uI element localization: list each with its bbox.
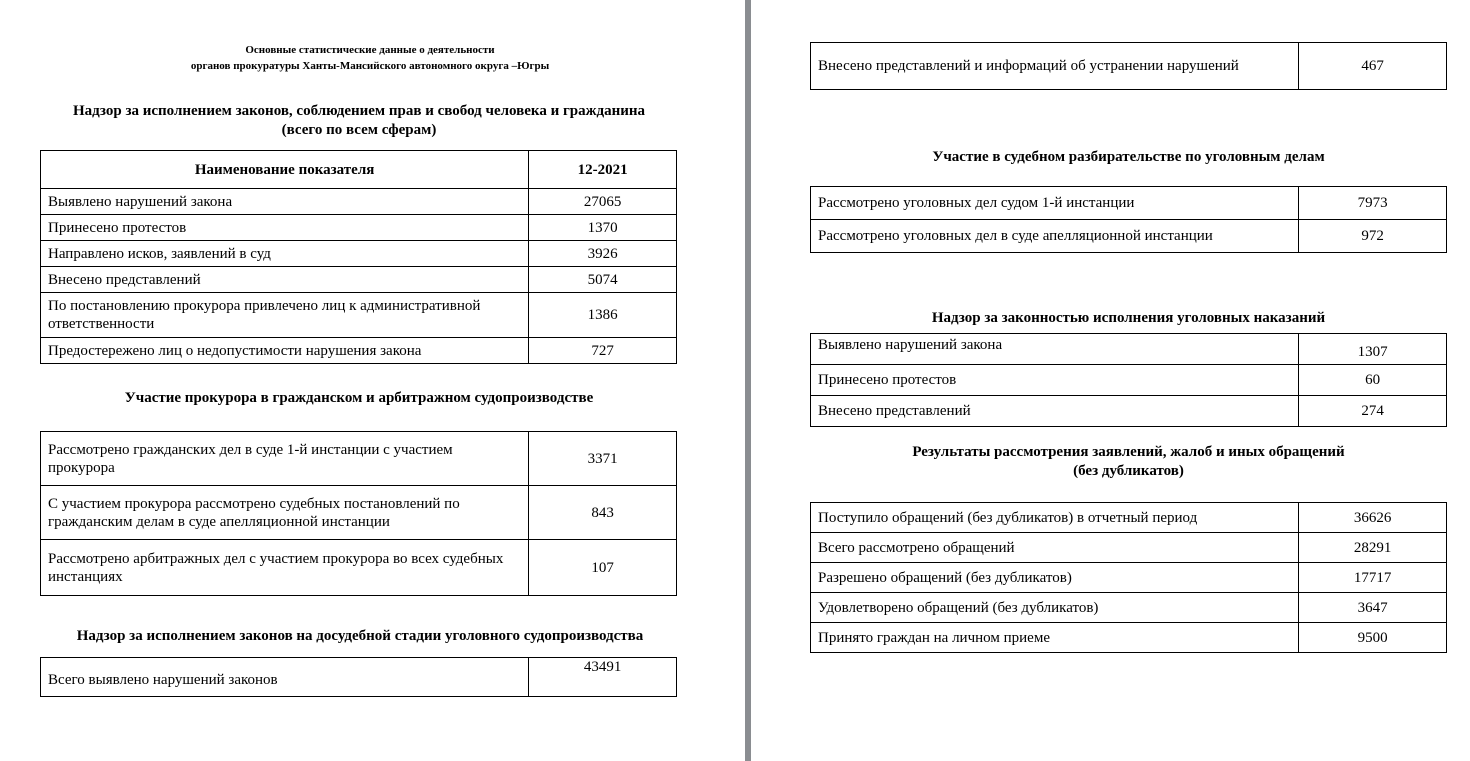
row-value: 843	[529, 486, 677, 540]
row-label: Внесено представлений	[41, 267, 529, 293]
table-row: С участием прокурора рассмотрено судебны…	[41, 486, 677, 540]
row-value: 1386	[529, 293, 677, 338]
table-row: Выявлено нарушений закона 27065	[41, 189, 677, 215]
column-header-indicator: Наименование показателя	[41, 151, 529, 189]
table-punishment: Выявлено нарушений закона 1307 Принесено…	[810, 333, 1447, 427]
row-label: Рассмотрено уголовных дел в суде апелляц…	[811, 220, 1299, 253]
section-heading-criminal-trial: Участие в судебном разбирательстве по уг…	[810, 148, 1447, 167]
row-value: 107	[529, 540, 677, 596]
heading-line: (без дубликатов)	[810, 462, 1447, 481]
table-row: Внесено представлений 5074	[41, 267, 677, 293]
row-value: 7973	[1299, 187, 1447, 220]
document-title: Основные статистические данные о деятель…	[0, 42, 740, 74]
table-row: Разрешено обращений (без дубликатов) 177…	[811, 563, 1447, 593]
row-label: Рассмотрено уголовных дел судом 1-й инст…	[811, 187, 1299, 220]
section-heading-civil: Участие прокурора в гражданском и арбитр…	[0, 389, 718, 408]
row-value: 3926	[529, 241, 677, 267]
row-value: 467	[1299, 43, 1447, 90]
table-row: Всего рассмотрено обращений 28291	[811, 533, 1447, 563]
row-value: 1370	[529, 215, 677, 241]
row-value: 9500	[1299, 623, 1447, 653]
table-row: Принесено протестов 1370	[41, 215, 677, 241]
row-label: Всего выявлено нарушений законов	[41, 658, 529, 697]
table-row: Выявлено нарушений закона 1307	[811, 334, 1447, 365]
table-rights: Наименование показателя 12-2021 Выявлено…	[40, 150, 677, 364]
section-heading-pretrial: Надзор за исполнением законов на досудеб…	[40, 627, 680, 646]
heading-line: (всего по всем сферам)	[0, 121, 718, 140]
row-label: Принесено протестов	[41, 215, 529, 241]
table-row: Всего выявлено нарушений законов 43491	[41, 658, 677, 697]
table-row: Принято граждан на личном приеме 9500	[811, 623, 1447, 653]
table-row: Принесено протестов 60	[811, 365, 1447, 396]
row-label: Поступило обращений (без дубликатов) в о…	[811, 503, 1299, 533]
section-heading-appeals: Результаты рассмотрения заявлений, жалоб…	[810, 443, 1447, 481]
row-value: 3371	[529, 432, 677, 486]
heading-line: Надзор за исполнением законов, соблюдени…	[0, 102, 718, 121]
row-label: Удовлетворено обращений (без дубликатов)	[811, 593, 1299, 623]
row-label: Выявлено нарушений закона	[811, 334, 1299, 365]
row-value: 3647	[1299, 593, 1447, 623]
section-heading-punishment: Надзор за законностью исполнения уголовн…	[810, 309, 1447, 328]
table-appeals: Поступило обращений (без дубликатов) в о…	[810, 502, 1447, 653]
row-label: По постановлению прокурора привлечено ли…	[41, 293, 529, 338]
row-label: Разрешено обращений (без дубликатов)	[811, 563, 1299, 593]
table-row: Рассмотрено уголовных дел в суде апелляц…	[811, 220, 1447, 253]
table-row: Рассмотрено уголовных дел судом 1-й инст…	[811, 187, 1447, 220]
table-row: Внесено представлений 274	[811, 396, 1447, 427]
table-row: Направлено исков, заявлений в суд 3926	[41, 241, 677, 267]
row-label: Рассмотрено гражданских дел в суде 1-й и…	[41, 432, 529, 486]
row-value: 17717	[1299, 563, 1447, 593]
table-row: Предостережено лиц о недопустимости нару…	[41, 338, 677, 364]
row-value: 727	[529, 338, 677, 364]
row-value: 28291	[1299, 533, 1447, 563]
row-label: Предостережено лиц о недопустимости нару…	[41, 338, 529, 364]
page-right: Внесено представлений и информаций об ус…	[751, 0, 1470, 761]
table-row: По постановлению прокурора привлечено ли…	[41, 293, 677, 338]
table-header-row: Наименование показателя 12-2021	[41, 151, 677, 189]
row-value: 972	[1299, 220, 1447, 253]
row-label: Принято граждан на личном приеме	[811, 623, 1299, 653]
section-heading-rights: Надзор за исполнением законов, соблюдени…	[0, 102, 718, 140]
row-value: 27065	[529, 189, 677, 215]
document-title-line2: органов прокуратуры Ханты-Мансийского ав…	[0, 58, 740, 74]
row-label: Принесено протестов	[811, 365, 1299, 396]
heading-line: Результаты рассмотрения заявлений, жалоб…	[810, 443, 1447, 462]
row-value: 43491	[529, 658, 677, 697]
table-row: Удовлетворено обращений (без дубликатов)…	[811, 593, 1447, 623]
table-civil: Рассмотрено гражданских дел в суде 1-й и…	[40, 431, 677, 596]
row-label: Внесено представлений и информаций об ус…	[811, 43, 1299, 90]
table-row: Рассмотрено арбитражных дел с участием п…	[41, 540, 677, 596]
row-value: 5074	[529, 267, 677, 293]
document-title-line1: Основные статистические данные о деятель…	[0, 42, 740, 58]
row-label: Внесено представлений	[811, 396, 1299, 427]
column-header-period: 12-2021	[529, 151, 677, 189]
table-row: Внесено представлений и информаций об ус…	[811, 43, 1447, 90]
row-label: Выявлено нарушений закона	[41, 189, 529, 215]
table-criminal-trial: Рассмотрено уголовных дел судом 1-й инст…	[810, 186, 1447, 253]
row-label: Всего рассмотрено обращений	[811, 533, 1299, 563]
row-value: 60	[1299, 365, 1447, 396]
row-value: 274	[1299, 396, 1447, 427]
row-value: 1307	[1299, 334, 1447, 365]
table-pretrial-part1: Всего выявлено нарушений законов 43491	[40, 657, 677, 697]
row-label: Направлено исков, заявлений в суд	[41, 241, 529, 267]
row-value: 36626	[1299, 503, 1447, 533]
page-left: Основные статистические данные о деятель…	[0, 0, 745, 761]
row-label: Рассмотрено арбитражных дел с участием п…	[41, 540, 529, 596]
table-row: Поступило обращений (без дубликатов) в о…	[811, 503, 1447, 533]
table-pretrial-part2: Внесено представлений и информаций об ус…	[810, 42, 1447, 90]
row-label: С участием прокурора рассмотрено судебны…	[41, 486, 529, 540]
table-row: Рассмотрено гражданских дел в суде 1-й и…	[41, 432, 677, 486]
